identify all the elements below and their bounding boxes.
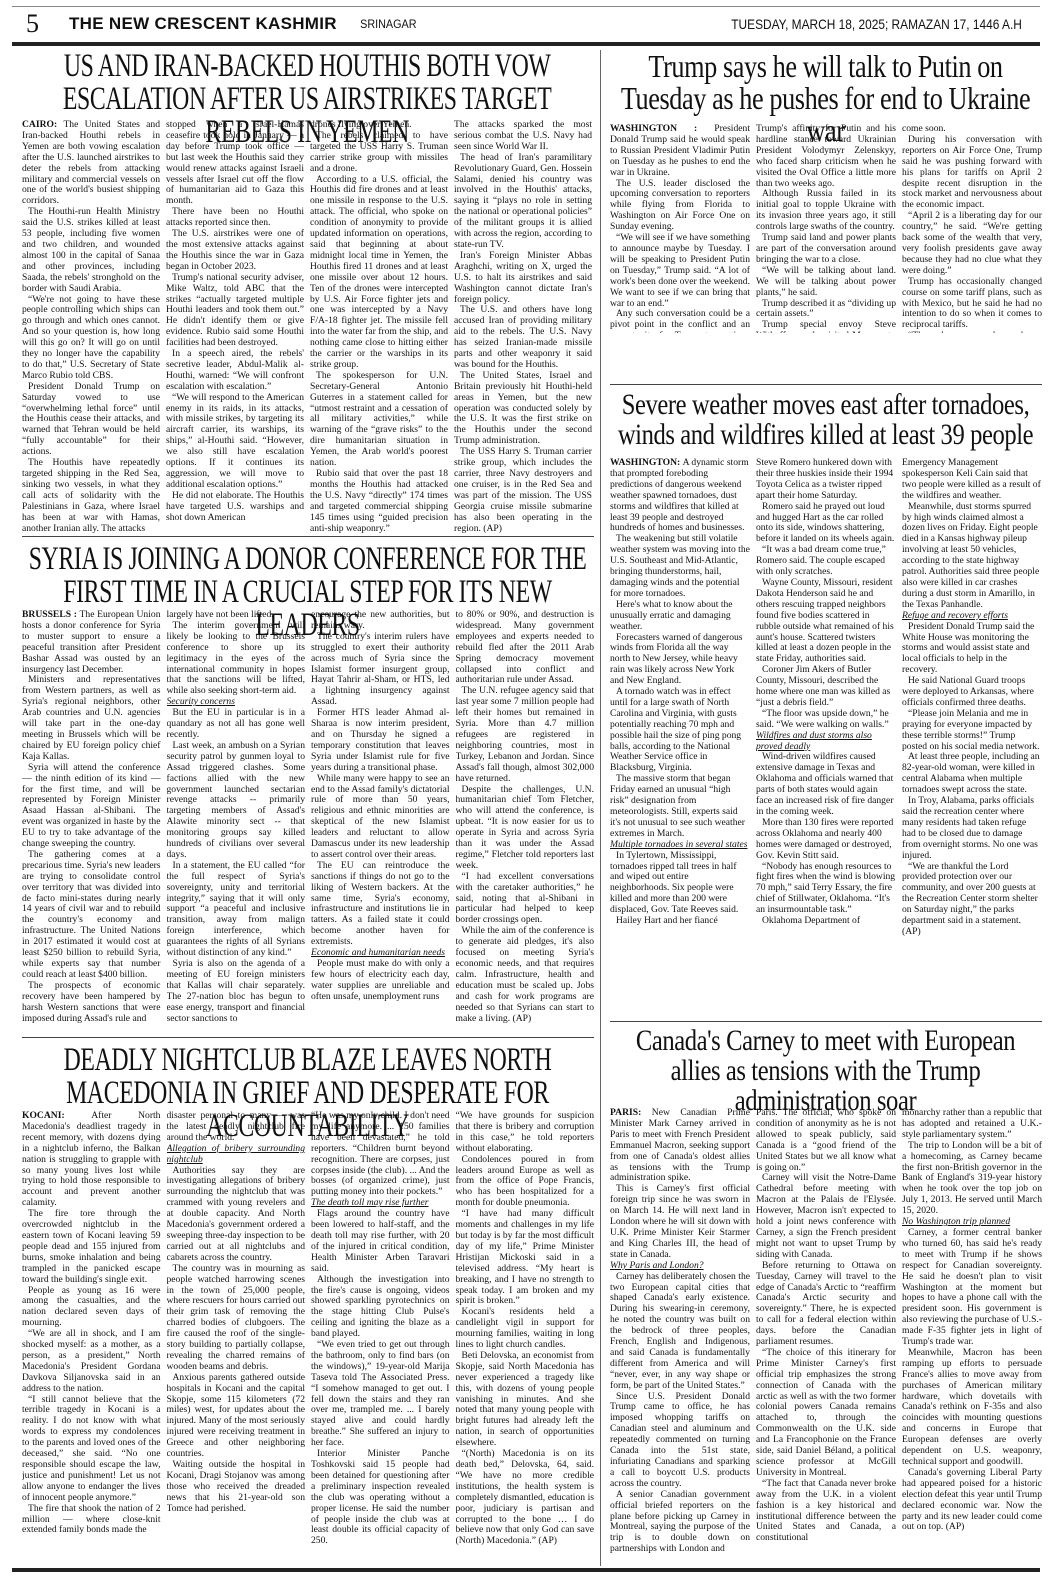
paragraph: A tornado watch was in effect until for … xyxy=(610,687,750,774)
article-column: disaster personal to many — was the late… xyxy=(167,1111,306,1547)
paragraph: The Houthis have repeatedly targeted shi… xyxy=(22,458,160,534)
article-column: Emergency Management spokesperson Keli C… xyxy=(902,458,1042,938)
article-syria: SYRIA IS JOINING A DONOR CONFERENCE FOR … xyxy=(22,543,594,1036)
paragraph: The U.S. airstrikes were one of the most… xyxy=(166,229,304,273)
dateline: KOCANI: xyxy=(22,1111,91,1121)
divider xyxy=(22,536,594,537)
subheading: Why Paris and London? xyxy=(610,1261,750,1272)
dateline: WASHINGTON: xyxy=(610,458,683,468)
paragraph: Carney has deliberately chosen the two E… xyxy=(610,1272,750,1392)
article-body: BRUSSELS : The European Union hosts a do… xyxy=(22,610,594,1024)
paragraph: At least three people, including an 82-y… xyxy=(902,752,1042,796)
article-body: WASHINGTON : President Donald Trump said… xyxy=(610,124,1042,333)
paragraph: The U.N. refugee agency said that last y… xyxy=(456,686,595,784)
paragraph: Rubio said that over the past 18 months … xyxy=(310,469,448,534)
paragraph: The fire that shook the nation of 2 mill… xyxy=(22,1504,161,1537)
paragraph: President Donald Trump on Saturday vowed… xyxy=(22,382,160,458)
paragraph: Although Russia failed in its initial go… xyxy=(756,189,896,233)
paragraph: “It was a bad dream come true,” Romero s… xyxy=(756,545,896,578)
article-column: largely have not been lifted.The interim… xyxy=(167,610,306,1024)
article-houthis: US AND IRAN-BACKED HOUTHIS BOTH VOW ESCA… xyxy=(22,50,592,537)
paragraph: But the EU in particular is in a quandar… xyxy=(167,708,306,741)
subheading: Multiple tornadoes in several states xyxy=(610,840,750,851)
article-column: Trump's affinity for Putin and his hardl… xyxy=(756,124,896,333)
paragraph: “I had excellent conversations with the … xyxy=(456,872,595,927)
paragraph: People as young as 16 were among the cas… xyxy=(22,1286,161,1330)
paragraph: “We are thankful the Lord provided prote… xyxy=(902,862,1042,938)
article-body: KOCANI: After North Macedonia's deadlies… xyxy=(22,1111,594,1547)
article-column: KOCANI: After North Macedonia's deadlies… xyxy=(22,1111,161,1547)
headline: US AND IRAN-BACKED HOUTHIS BOTH VOW ESCA… xyxy=(22,50,592,116)
paragraph: The Houthi-run Health Ministry said the … xyxy=(22,207,160,294)
paragraph: The weakening but still volatile weather… xyxy=(610,534,750,599)
lead-paragraph: CAIRO: The United States and Iran-backed… xyxy=(22,120,160,207)
divider xyxy=(610,384,1042,385)
lead-paragraph: BRUSSELS : The European Union hosts a do… xyxy=(22,610,161,675)
article-column: Steve Romero hunkered down with their th… xyxy=(756,458,896,938)
paragraph: He said National Guard troops were deplo… xyxy=(902,676,1042,709)
paragraph: Romero said he prayed out loud and hugge… xyxy=(756,502,896,546)
paragraph: Any such conversation could be a pivot p… xyxy=(610,309,750,333)
article-body: CAIRO: The United States and Iran-backed… xyxy=(22,120,592,534)
paragraph: to 80% or 90%, and destruction is widesp… xyxy=(456,610,595,686)
paragraph: There have been no Houthi attacks report… xyxy=(166,207,304,229)
paragraph: Despite the challenges, U.N. humanitaria… xyxy=(456,785,595,872)
paragraph: Ministers and representatives from Weste… xyxy=(22,675,161,762)
paragraph: The spokesperson for U.N. Secretary-Gene… xyxy=(310,371,448,469)
paragraph: “The choice of this itinerary for Prime … xyxy=(756,1348,896,1479)
city-label: SRINAGAR xyxy=(360,17,416,31)
paragraph: Oklahoma Department of xyxy=(756,916,896,927)
paragraph: Hailey Hart and her fiancé xyxy=(610,916,750,927)
article-body: PARIS: New Canadian Prime Minister Mark … xyxy=(610,1108,1042,1555)
paragraph: He did not elaborate. The Houthis have t… xyxy=(166,491,304,524)
paragraph: Authorities say they are investigating a… xyxy=(167,1166,306,1264)
paragraph: While many were happy to see an end to t… xyxy=(311,774,450,861)
article-column: monarchy rather than a republic that has… xyxy=(902,1108,1042,1555)
paragraph: Although the investigation into the fire… xyxy=(311,1275,450,1340)
paragraph: In a speech aired, the rebels' secretive… xyxy=(166,349,304,393)
article-column: “He was my only child. I don't need my l… xyxy=(311,1111,450,1547)
article-column: CAIRO: The United States and Iran-backed… xyxy=(22,120,160,534)
paragraph: “The floor was upside down,” he said. “W… xyxy=(756,709,896,731)
paragraph: “We are all in shock, and I am shocked m… xyxy=(22,1329,161,1394)
paragraph: “We have grounds for suspicion that ther… xyxy=(456,1111,595,1155)
headline: Trump says he will talk to Putin on Tues… xyxy=(610,50,1042,122)
subheading: Refuge and recovery efforts xyxy=(902,611,1042,622)
paragraph: Paris. The official, who spoke on condit… xyxy=(756,1108,896,1173)
paragraph: Kocani's residents held a candlelight vi… xyxy=(456,1307,595,1351)
paragraph: The attacks sparked the most serious com… xyxy=(454,120,592,153)
headline: Severe weather moves east after tornadoe… xyxy=(610,390,1042,456)
lead-paragraph: WASHINGTON : President Donald Trump said… xyxy=(610,124,750,179)
paragraph: The USS Harry S. Truman carrier strike g… xyxy=(454,447,592,534)
paragraph: Canada's governing Liberal Party had app… xyxy=(902,1468,1042,1533)
dateline: BRUSSELS : xyxy=(22,610,80,620)
masthead-rule xyxy=(12,42,1040,46)
paragraph: The U.S. and others have long accused Ir… xyxy=(454,305,592,370)
paragraph: Anxious parents gathered outside hospita… xyxy=(167,1373,306,1460)
paragraph: “Please join Melania and me in praying f… xyxy=(902,709,1042,753)
article-weather: Severe weather moves east after tornadoe… xyxy=(610,390,1042,1020)
article-column: encourage the new authorities, but remai… xyxy=(311,610,450,1024)
article-trump-putin: Trump says he will talk to Putin on Tues… xyxy=(610,50,1042,333)
article-column: BRUSSELS : The European Union hosts a do… xyxy=(22,610,161,1024)
paragraph: Condolences poured in from leaders aroun… xyxy=(456,1155,595,1210)
paragraph: Carney will visit the Notre-Dame Cathedr… xyxy=(756,1173,896,1260)
paragraph: Emergency Management spokesperson Keli C… xyxy=(902,458,1042,502)
page-number: 5 xyxy=(26,9,39,39)
issue-date: TUESDAY, MARCH 18, 2025; RAMAZAN 17, 144… xyxy=(731,16,1022,32)
paragraph: “We will see if we have something to ann… xyxy=(610,233,750,309)
paragraph: The United States, Israel and Britain pr… xyxy=(454,371,592,447)
paragraph: Former HTS leader Ahmad al-Sharaa is now… xyxy=(311,708,450,773)
paragraph: Beti Delovska, an economist from Skopje,… xyxy=(456,1351,595,1449)
divider xyxy=(610,1021,1042,1022)
bottom-rule xyxy=(12,1568,1040,1572)
paragraph: Meanwhile, Macron has been ramping up ef… xyxy=(902,1348,1042,1468)
top-rule xyxy=(12,6,1040,7)
paragraph: In Troy, Alabama, parks officials said t… xyxy=(902,796,1042,861)
paragraph: Wayne County, Missouri, resident Dakota … xyxy=(756,578,896,665)
dateline: PARIS: xyxy=(610,1108,652,1118)
lead-paragraph: PARIS: New Canadian Prime Minister Mark … xyxy=(610,1108,750,1184)
paragraph: In a statement, the EU called “for the f… xyxy=(167,861,306,959)
paragraph: Trump has occasionally changed course on… xyxy=(902,277,1042,332)
subheading: Wildfires and dust storms also proved de… xyxy=(756,731,896,753)
paragraph: A senior Canadian government official br… xyxy=(610,1490,750,1555)
paragraph: Last week, an ambush on a Syrian securit… xyxy=(167,741,306,861)
paragraph: In Tylertown, Mississippi, tornadoes rip… xyxy=(610,851,750,916)
paper-name: THE NEW CRESCENT KASHMIR xyxy=(69,14,337,34)
paragraph: “We will be talking about land. We will … xyxy=(756,266,896,299)
article-column: Paris. The official, who spoke on condit… xyxy=(756,1108,896,1555)
paragraph: “We're not going to have these people co… xyxy=(22,295,160,382)
lead-paragraph: WASHINGTON: A dynamic storm that prompte… xyxy=(610,458,750,534)
paragraph: This is Carney's first official foreign … xyxy=(610,1184,750,1260)
subheading: Allegation of bribery surrounding nightc… xyxy=(167,1144,306,1166)
paragraph: During his conversation with reporters o… xyxy=(902,135,1042,211)
paragraph: Before returning to Ottawa on Tuesday, C… xyxy=(756,1261,896,1348)
paragraph: The head of Iran's paramilitary Revoluti… xyxy=(454,153,592,251)
paragraph: Flags around the country have been lower… xyxy=(311,1209,450,1274)
article-column: WASHINGTON: A dynamic storm that prompte… xyxy=(610,458,750,938)
paragraph: Interior Minister Panche Toshkovski said… xyxy=(311,1449,450,1547)
paragraph: Carney, a former central banker who turn… xyxy=(902,1228,1042,1348)
article-column: come soon.During his conversation with r… xyxy=(902,124,1042,333)
article-column: WASHINGTON : President Donald Trump said… xyxy=(610,124,750,333)
article-column: to 80% or 90%, and destruction is widesp… xyxy=(456,610,595,1024)
paragraph: “Nobody has enough resources to fight fi… xyxy=(756,862,896,917)
paragraph: While the aim of the conference is to ge… xyxy=(456,926,595,1024)
paragraph: Meanwhile, dust storms spurred by high w… xyxy=(902,502,1042,611)
paragraph: The trip to London will be a bit of a ho… xyxy=(902,1141,1042,1217)
paragraph: Iran's Foreign Minister Abbas Araghchi, … xyxy=(454,251,592,306)
paragraph: The fire tore through the overcrowded ni… xyxy=(22,1209,161,1285)
paragraph: According to a U.S. official, the Houthi… xyxy=(310,175,448,371)
paragraph: Steve Romero hunkered down with their th… xyxy=(756,458,896,502)
paragraph: “April 2 is a liberating day for our cou… xyxy=(902,211,1042,276)
paragraph: Forecasters warned of dangerous winds fr… xyxy=(610,633,750,688)
paragraph: Trump said land and power plants are par… xyxy=(756,233,896,266)
paragraph: monarchy rather than a republic that has… xyxy=(902,1108,1042,1141)
article-carney: Canada's Carney to meet with European al… xyxy=(610,1026,1042,1566)
article-macedonia: DEADLY NIGHTCLUB BLAZE LEAVES NORTH MACE… xyxy=(22,1044,594,1566)
paragraph: Trump special envoy Steve Witkoff recent… xyxy=(756,320,896,333)
paragraph: The massive storm that began Friday earn… xyxy=(610,774,750,839)
column-divider xyxy=(600,50,601,1566)
article-column: drones flying over Yemen.The rebels clai… xyxy=(310,120,448,534)
headline: DEADLY NIGHTCLUB BLAZE LEAVES NORTH MACE… xyxy=(22,1044,594,1108)
headline: Canada's Carney to meet with European al… xyxy=(610,1026,1042,1106)
paragraph: “We will respond to the American enemy i… xyxy=(166,393,304,491)
paragraph: President Donald Trump said the White Ho… xyxy=(902,622,1042,677)
dateline: CAIRO: xyxy=(22,120,63,130)
paragraph: “We even tried to get out through the ba… xyxy=(311,1340,450,1449)
paragraph: “They charge us and we charge them,” he … xyxy=(902,331,1042,333)
paragraph: Coroner Jim Akers of Butler County, Miss… xyxy=(756,665,896,709)
paragraph: Wind-driven wildfires caused extensive d… xyxy=(756,752,896,817)
paragraph: Waiting outside the hospital in Kocani, … xyxy=(167,1460,306,1515)
headline: SYRIA IS JOINING A DONOR CONFERENCE FOR … xyxy=(22,543,594,607)
article-body: WASHINGTON: A dynamic storm that prompte… xyxy=(610,458,1042,938)
lead-paragraph: KOCANI: After North Macedonia's deadlies… xyxy=(22,1111,161,1209)
paragraph: Trump described it as “dividing up certa… xyxy=(756,299,896,321)
paragraph: Since U.S. President Donald Trump came t… xyxy=(610,1392,750,1490)
paragraph: Syria is also on the agenda of a meeting… xyxy=(167,959,306,1024)
paragraph: Here's what to know about the unusually … xyxy=(610,600,750,633)
paragraph: “I have had many difficult moments and c… xyxy=(456,1209,595,1307)
paragraph: “The fact that Canada never broke away f… xyxy=(756,1479,896,1544)
article-column: The attacks sparked the most serious com… xyxy=(454,120,592,534)
paragraph: The U.S. leader disclosed the upcoming c… xyxy=(610,179,750,234)
paragraph: “I still cannot believe that the terribl… xyxy=(22,1395,161,1504)
paragraph: Syria will attend the conference — the n… xyxy=(22,763,161,850)
paragraph: The prospects of economic recovery have … xyxy=(22,981,161,1025)
dateline: WASHINGTON : xyxy=(610,124,714,134)
paragraph: Trump's national security adviser, Mike … xyxy=(166,273,304,349)
paragraph: The country's interim rulers have strugg… xyxy=(311,632,450,708)
paragraph: The gathering comes at a precarious time… xyxy=(22,850,161,981)
divider xyxy=(22,1037,594,1038)
paragraph: “(North) Macedonia is on its death bed,”… xyxy=(456,1449,595,1547)
article-column: PARIS: New Canadian Prime Minister Mark … xyxy=(610,1108,750,1555)
masthead: 5 THE NEW CRESCENT KASHMIR SRINAGAR TUES… xyxy=(12,8,1040,40)
article-column: stopped when a Israel-Hamas ceasefire to… xyxy=(166,120,304,534)
paragraph: The EU can reintroduce the sanctions if … xyxy=(311,861,450,948)
paragraph: The country was in mourning as people wa… xyxy=(167,1264,306,1373)
article-column: “We have grounds for suspicion that ther… xyxy=(456,1111,595,1547)
paragraph: People must make do with only a few hour… xyxy=(311,959,450,1003)
paragraph: More than 130 fires were reported across… xyxy=(756,818,896,862)
